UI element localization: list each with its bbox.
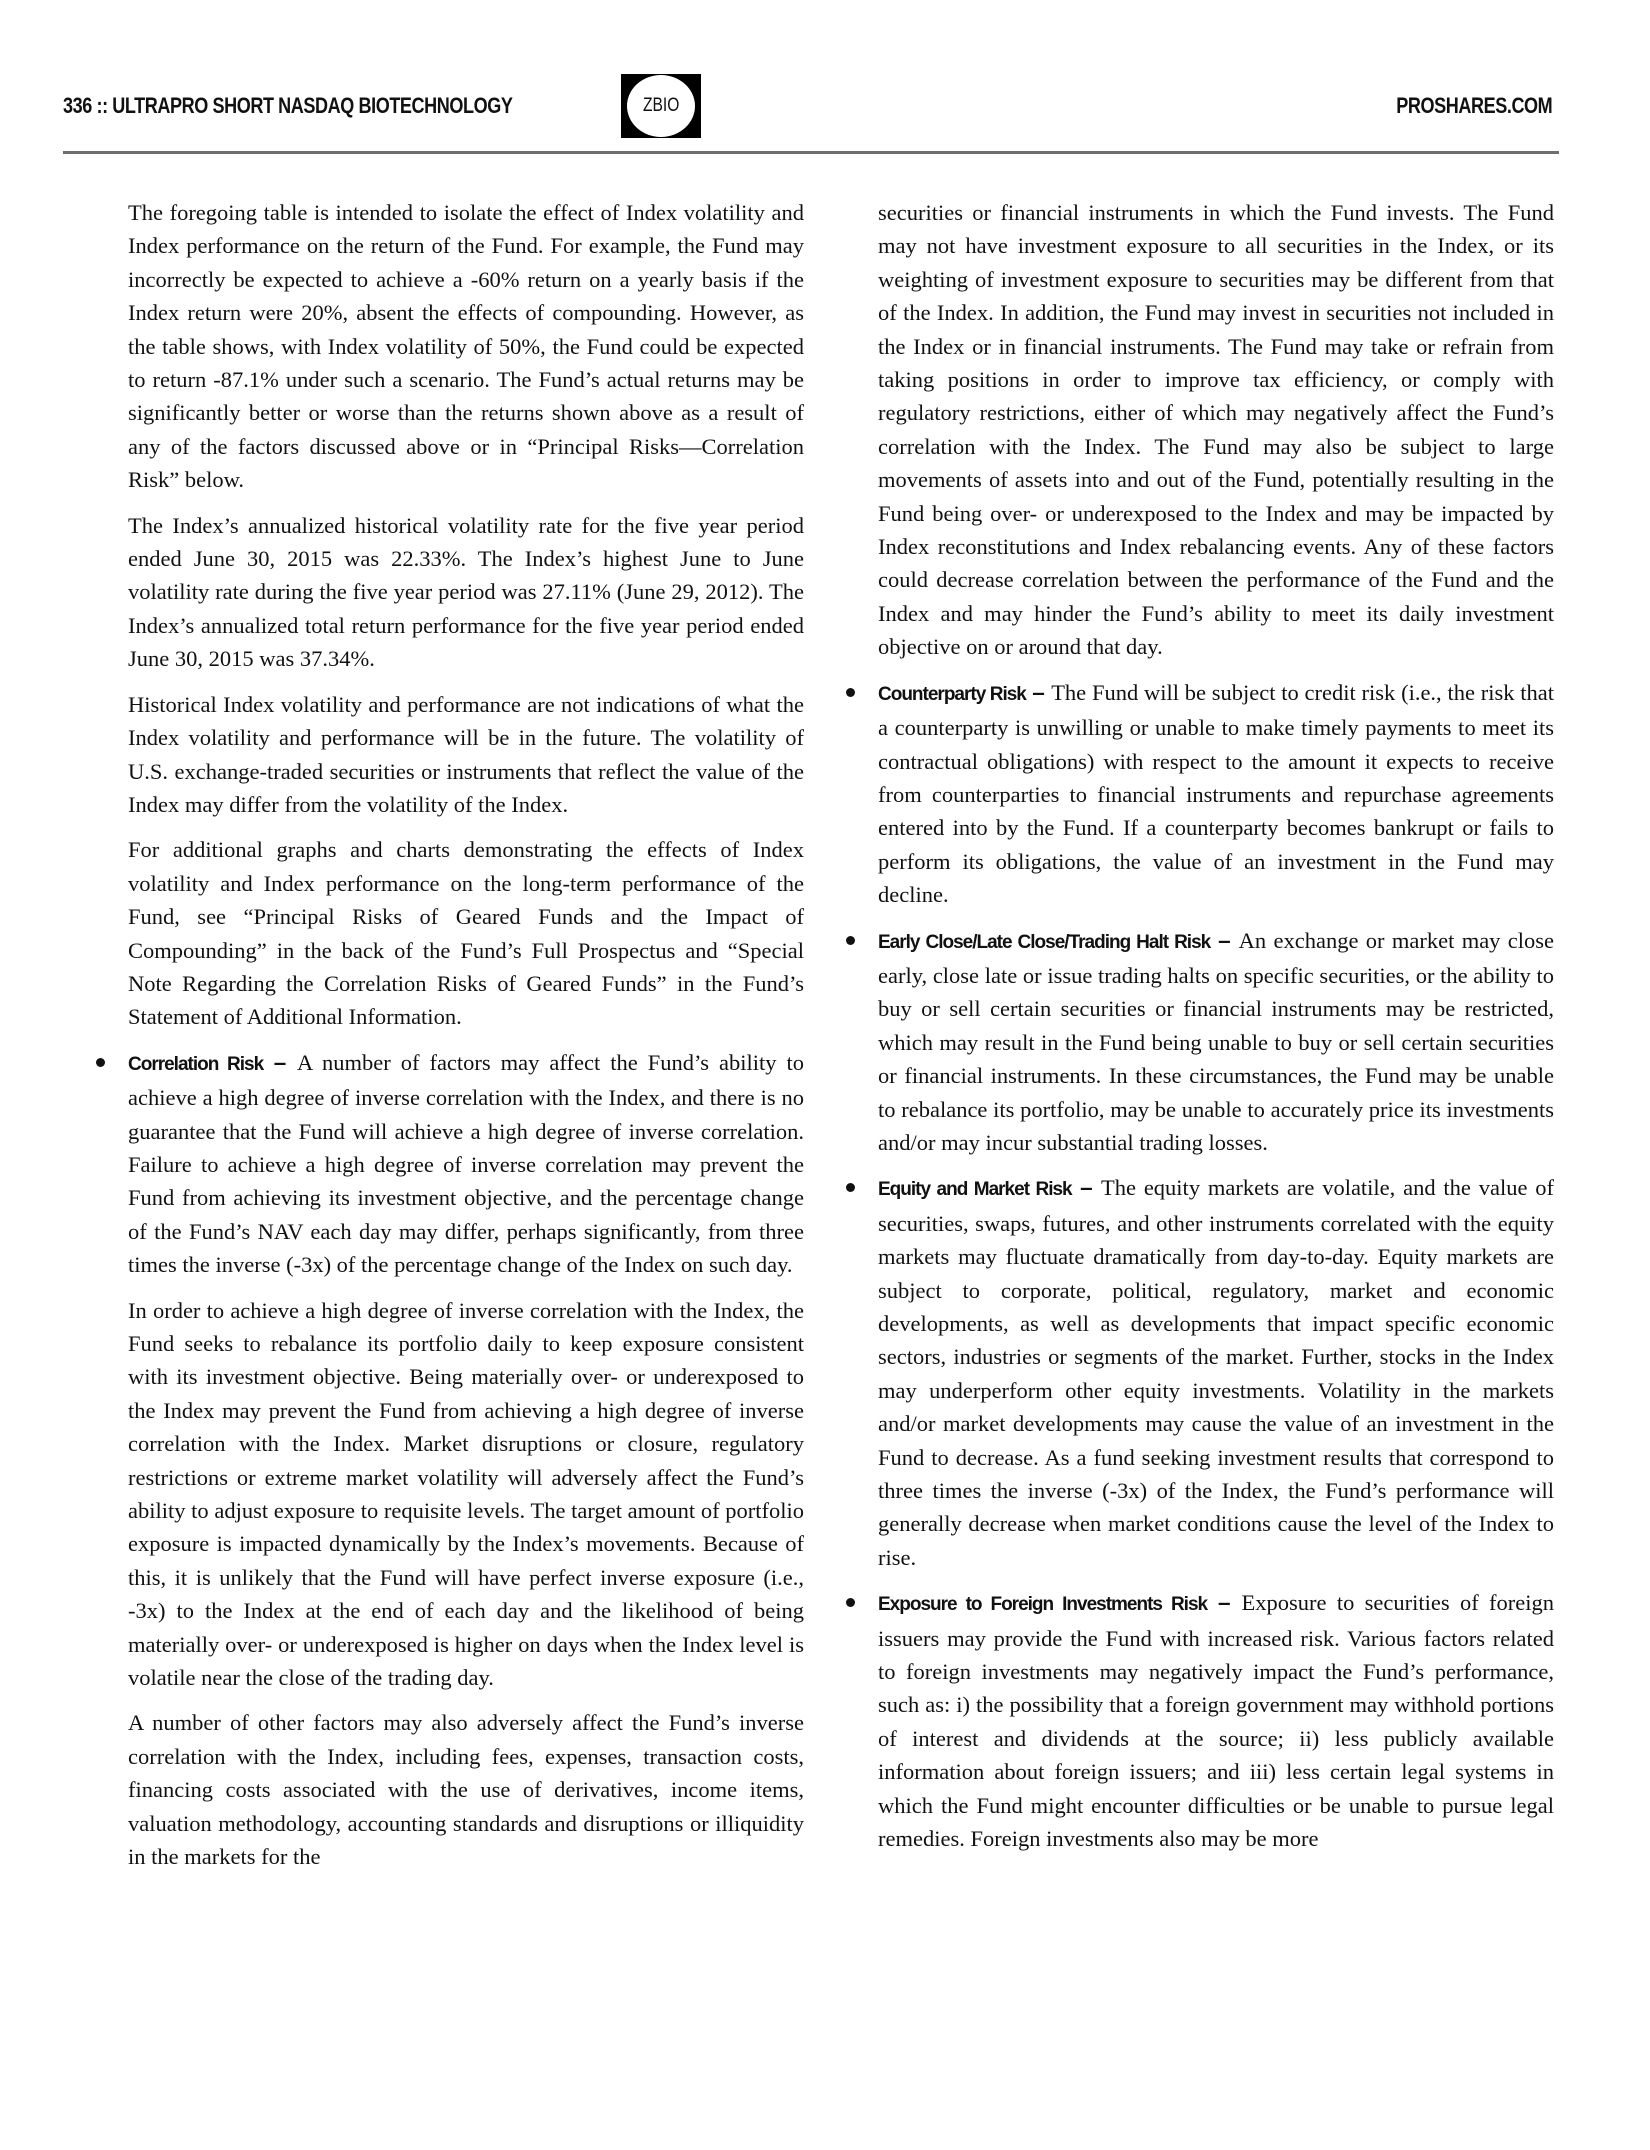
paragraph-additional-graphs: For additional graphs and charts demonst… [128,833,804,1033]
risk-label: Correlation Risk [128,1054,263,1075]
left-column: The foregoing table is intended to isola… [128,196,804,1886]
paragraph-historical-volatility: The Index’s annualized historical volati… [128,509,804,676]
risk-dash: – [263,1050,297,1075]
risk-item-correlation: Correlation Risk – A number of factors m… [128,1046,804,1282]
risk-text: The Fund will be subject to credit risk … [878,680,1554,907]
paragraph-other-factors: A number of other factors may also adver… [128,1706,804,1873]
risk-item-foreign-investments: Exposure to Foreign Investments Risk – E… [878,1586,1554,1855]
risk-label: Counterparty Risk [878,684,1026,705]
risk-text: A number of factors may affect the Fund’… [128,1050,804,1277]
risk-text: The equity markets are volatile, and the… [878,1175,1554,1569]
risk-dash: – [1026,680,1051,705]
bullet-icon [846,1183,855,1192]
bullet-icon [96,1058,105,1067]
right-column: securities or financial instruments in w… [878,196,1554,1868]
paragraph-indications: Historical Index volatility and performa… [128,688,804,822]
paragraph-rebalance: In order to achieve a high degree of inv… [128,1294,804,1695]
page-title: 336 :: ULTRAPRO SHORT NASDAQ BIOTECHNOLO… [63,93,513,119]
risk-dash: – [1072,1175,1101,1200]
ticker-badge: ZBIO [621,74,701,138]
bullet-icon [846,688,855,697]
ticker-circle-icon: ZBIO [627,75,695,137]
page-header: 336 :: ULTRAPRO SHORT NASDAQ BIOTECHNOLO… [0,0,1650,160]
ticker-label: ZBIO [643,95,679,117]
risk-item-counterparty: Counterparty Risk – The Fund will be sub… [878,676,1554,912]
risk-label: Exposure to Foreign Investments Risk [878,1594,1207,1615]
bullet-icon [846,936,855,945]
header-divider [63,151,1559,154]
site-name: PROSHARES.COM [1396,93,1552,119]
risk-dash: – [1210,928,1238,953]
risk-dash: – [1207,1590,1241,1615]
paragraph-continuation: securities or financial instruments in w… [878,196,1554,664]
risk-item-equity-market: Equity and Market Risk – The equity mark… [878,1171,1554,1574]
paragraph-table-effect: The foregoing table is intended to isola… [128,196,804,497]
risk-label: Early Close/Late Close/Trading Halt Risk [878,932,1210,953]
risk-text: An exchange or market may close early, c… [878,928,1554,1155]
risk-label: Equity and Market Risk [878,1179,1072,1200]
bullet-icon [846,1598,855,1607]
risk-text: Exposure to securities of foreign issuer… [878,1590,1554,1851]
risk-item-early-close: Early Close/Late Close/Trading Halt Risk… [878,924,1554,1160]
